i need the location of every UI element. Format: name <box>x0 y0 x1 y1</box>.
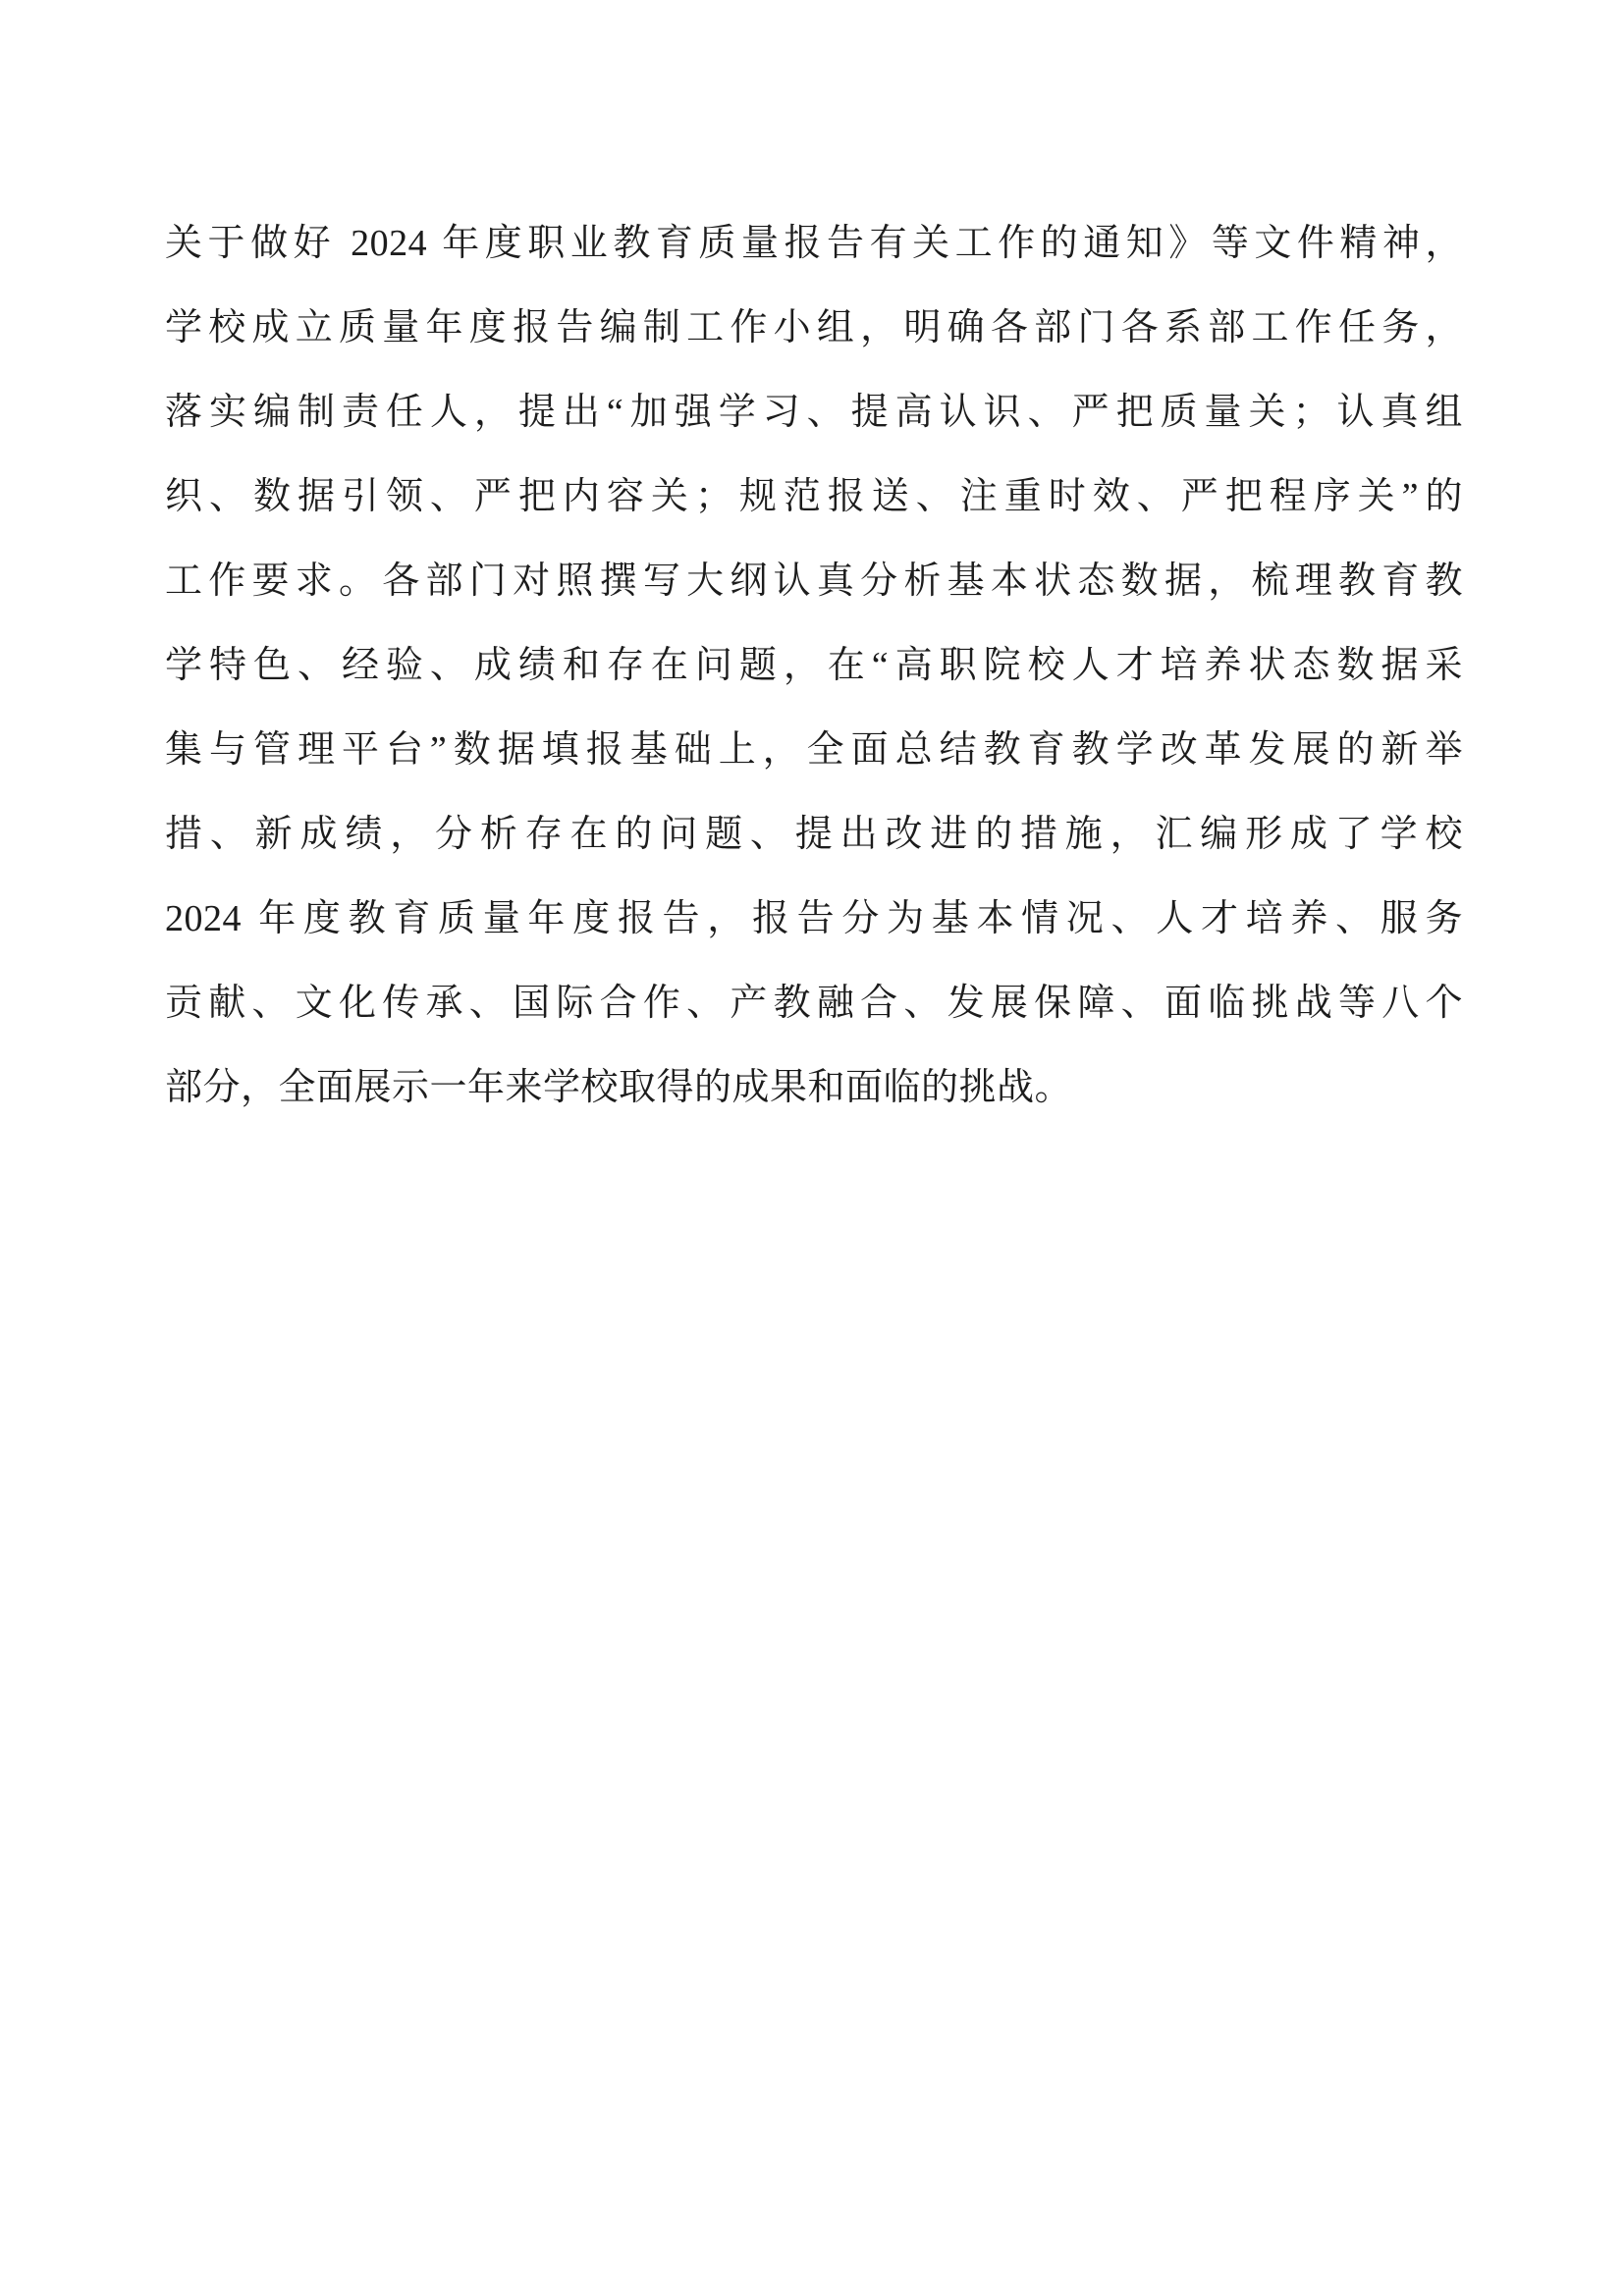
document-page: 关于做好 2024 年度职业教育质量报告有关工作的通知》等文件精神， 学校成立质… <box>0 0 1624 2296</box>
body-paragraph: 关于做好 2024 年度职业教育质量报告有关工作的通知》等文件精神， 学校成立质… <box>165 201 1463 1130</box>
paragraph-line-last: 部分，全面展示一年来学校取得的成果和面临的挑战。 <box>165 1045 1463 1130</box>
paragraph-line: 织、数据引领、严把内容关；规范报送、注重时效、严把程序关”的 <box>165 454 1463 539</box>
paragraph-line: 学校成立质量年度报告编制工作小组，明确各部门各系部工作任务， <box>165 286 1463 370</box>
paragraph-line: 贡献、文化传承、国际合作、产教融合、发展保障、面临挑战等八个 <box>165 961 1463 1045</box>
paragraph-line: 落实编制责任人，提出“加强学习、提高认识、严把质量关；认真组 <box>165 370 1463 454</box>
paragraph-line: 集与管理平台”数据填报基础上，全面总结教育教学改革发展的新举 <box>165 708 1463 792</box>
paragraph-line: 措、新成绩，分析存在的问题、提出改进的措施，汇编形成了学校 <box>165 792 1463 877</box>
paragraph-line: 学特色、经验、成绩和存在问题，在“高职院校人才培养状态数据采 <box>165 623 1463 708</box>
paragraph-line: 2024 年度教育质量年度报告，报告分为基本情况、人才培养、服务 <box>165 877 1463 961</box>
paragraph-line: 工作要求。各部门对照撰写大纲认真分析基本状态数据，梳理教育教 <box>165 539 1463 623</box>
paragraph-line: 关于做好 2024 年度职业教育质量报告有关工作的通知》等文件精神， <box>165 201 1463 286</box>
